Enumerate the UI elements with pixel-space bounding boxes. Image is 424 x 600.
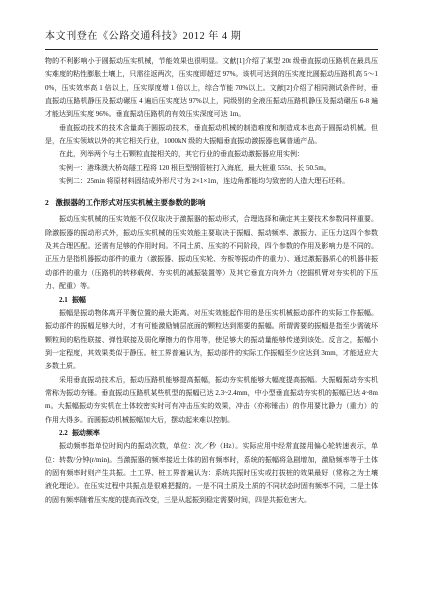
subsection-2-1-paragraph-1: 振幅是振动物体离开平衡位置的最大距离。对压实效能起作用的是压实机械振动部件的实际…	[45, 307, 378, 374]
section-2-title: 激振器的工作形式对压实机械主要参数的影响	[56, 198, 206, 207]
subsection-2-2-heading: 2.2振动频率	[45, 427, 378, 440]
example-1-line: 实例一：港珠澳大桥岛隧工程将 120 根巨型钢管桩打入海底，最大桩重 555t、…	[45, 162, 378, 175]
paragraph-continuation: 物的不利影响小于圆振动压实机械，节能效果也很明显。文献[1]介绍了某型 20t …	[45, 55, 378, 122]
section-2-overview-paragraph: 振动压实机械的压实效能不仅仅取决于激振器的振动形式，合理选择和确定其主要技术参数…	[45, 213, 378, 293]
subsection-2-1-heading: 2.1振幅	[45, 294, 378, 307]
section-2-heading: 2激振器的工作形式对压实机械主要参数的影响	[45, 196, 378, 209]
subsection-2-1-title: 振幅	[72, 296, 86, 304]
subsection-2-2-paragraph-1: 振动频率指单位时间内的振动次数，单位：次／秒（Hz）。实际应用中经常直接用偏心轮…	[45, 440, 378, 507]
subsection-2-2-number: 2.2	[59, 429, 68, 437]
subsection-2-2-title: 振动频率	[72, 429, 100, 437]
document-page: 本文刊登在《公路交通科技》2012 年 4 期 物的不利影响小于圆振动压实机械，…	[0, 0, 424, 600]
section-2-number: 2	[45, 198, 49, 207]
subsection-2-1-number: 2.1	[59, 296, 68, 304]
document-body: 物的不利影响小于圆振动压实机械，节能效果也很明显。文献[1]介绍了某型 20t …	[45, 55, 378, 507]
paragraph-examples-intro: 在此，列举两个与土石颗粒直接相关的，其它行业的垂直振动激振器应用实例：	[45, 148, 378, 161]
example-2-line: 实例二：25min 将原材料固结成外形尺寸为 2×1×1m，连边角都能均匀致密的…	[45, 175, 378, 188]
journal-publication-note: 本文刊登在《公路交通科技》2012 年 4 期	[45, 27, 378, 42]
header-divider	[45, 49, 378, 50]
paragraph-technology-comparison: 垂直振动技术的技术含量高于圆振动技术，垂直振动机械的制造难度和制造成本也高于圆振…	[45, 122, 378, 149]
subsection-2-1-paragraph-2: 采用垂直振动技术后，振动压路机能够提高振幅，振动夯实机能够大幅度提高振幅。大振幅…	[45, 374, 378, 427]
